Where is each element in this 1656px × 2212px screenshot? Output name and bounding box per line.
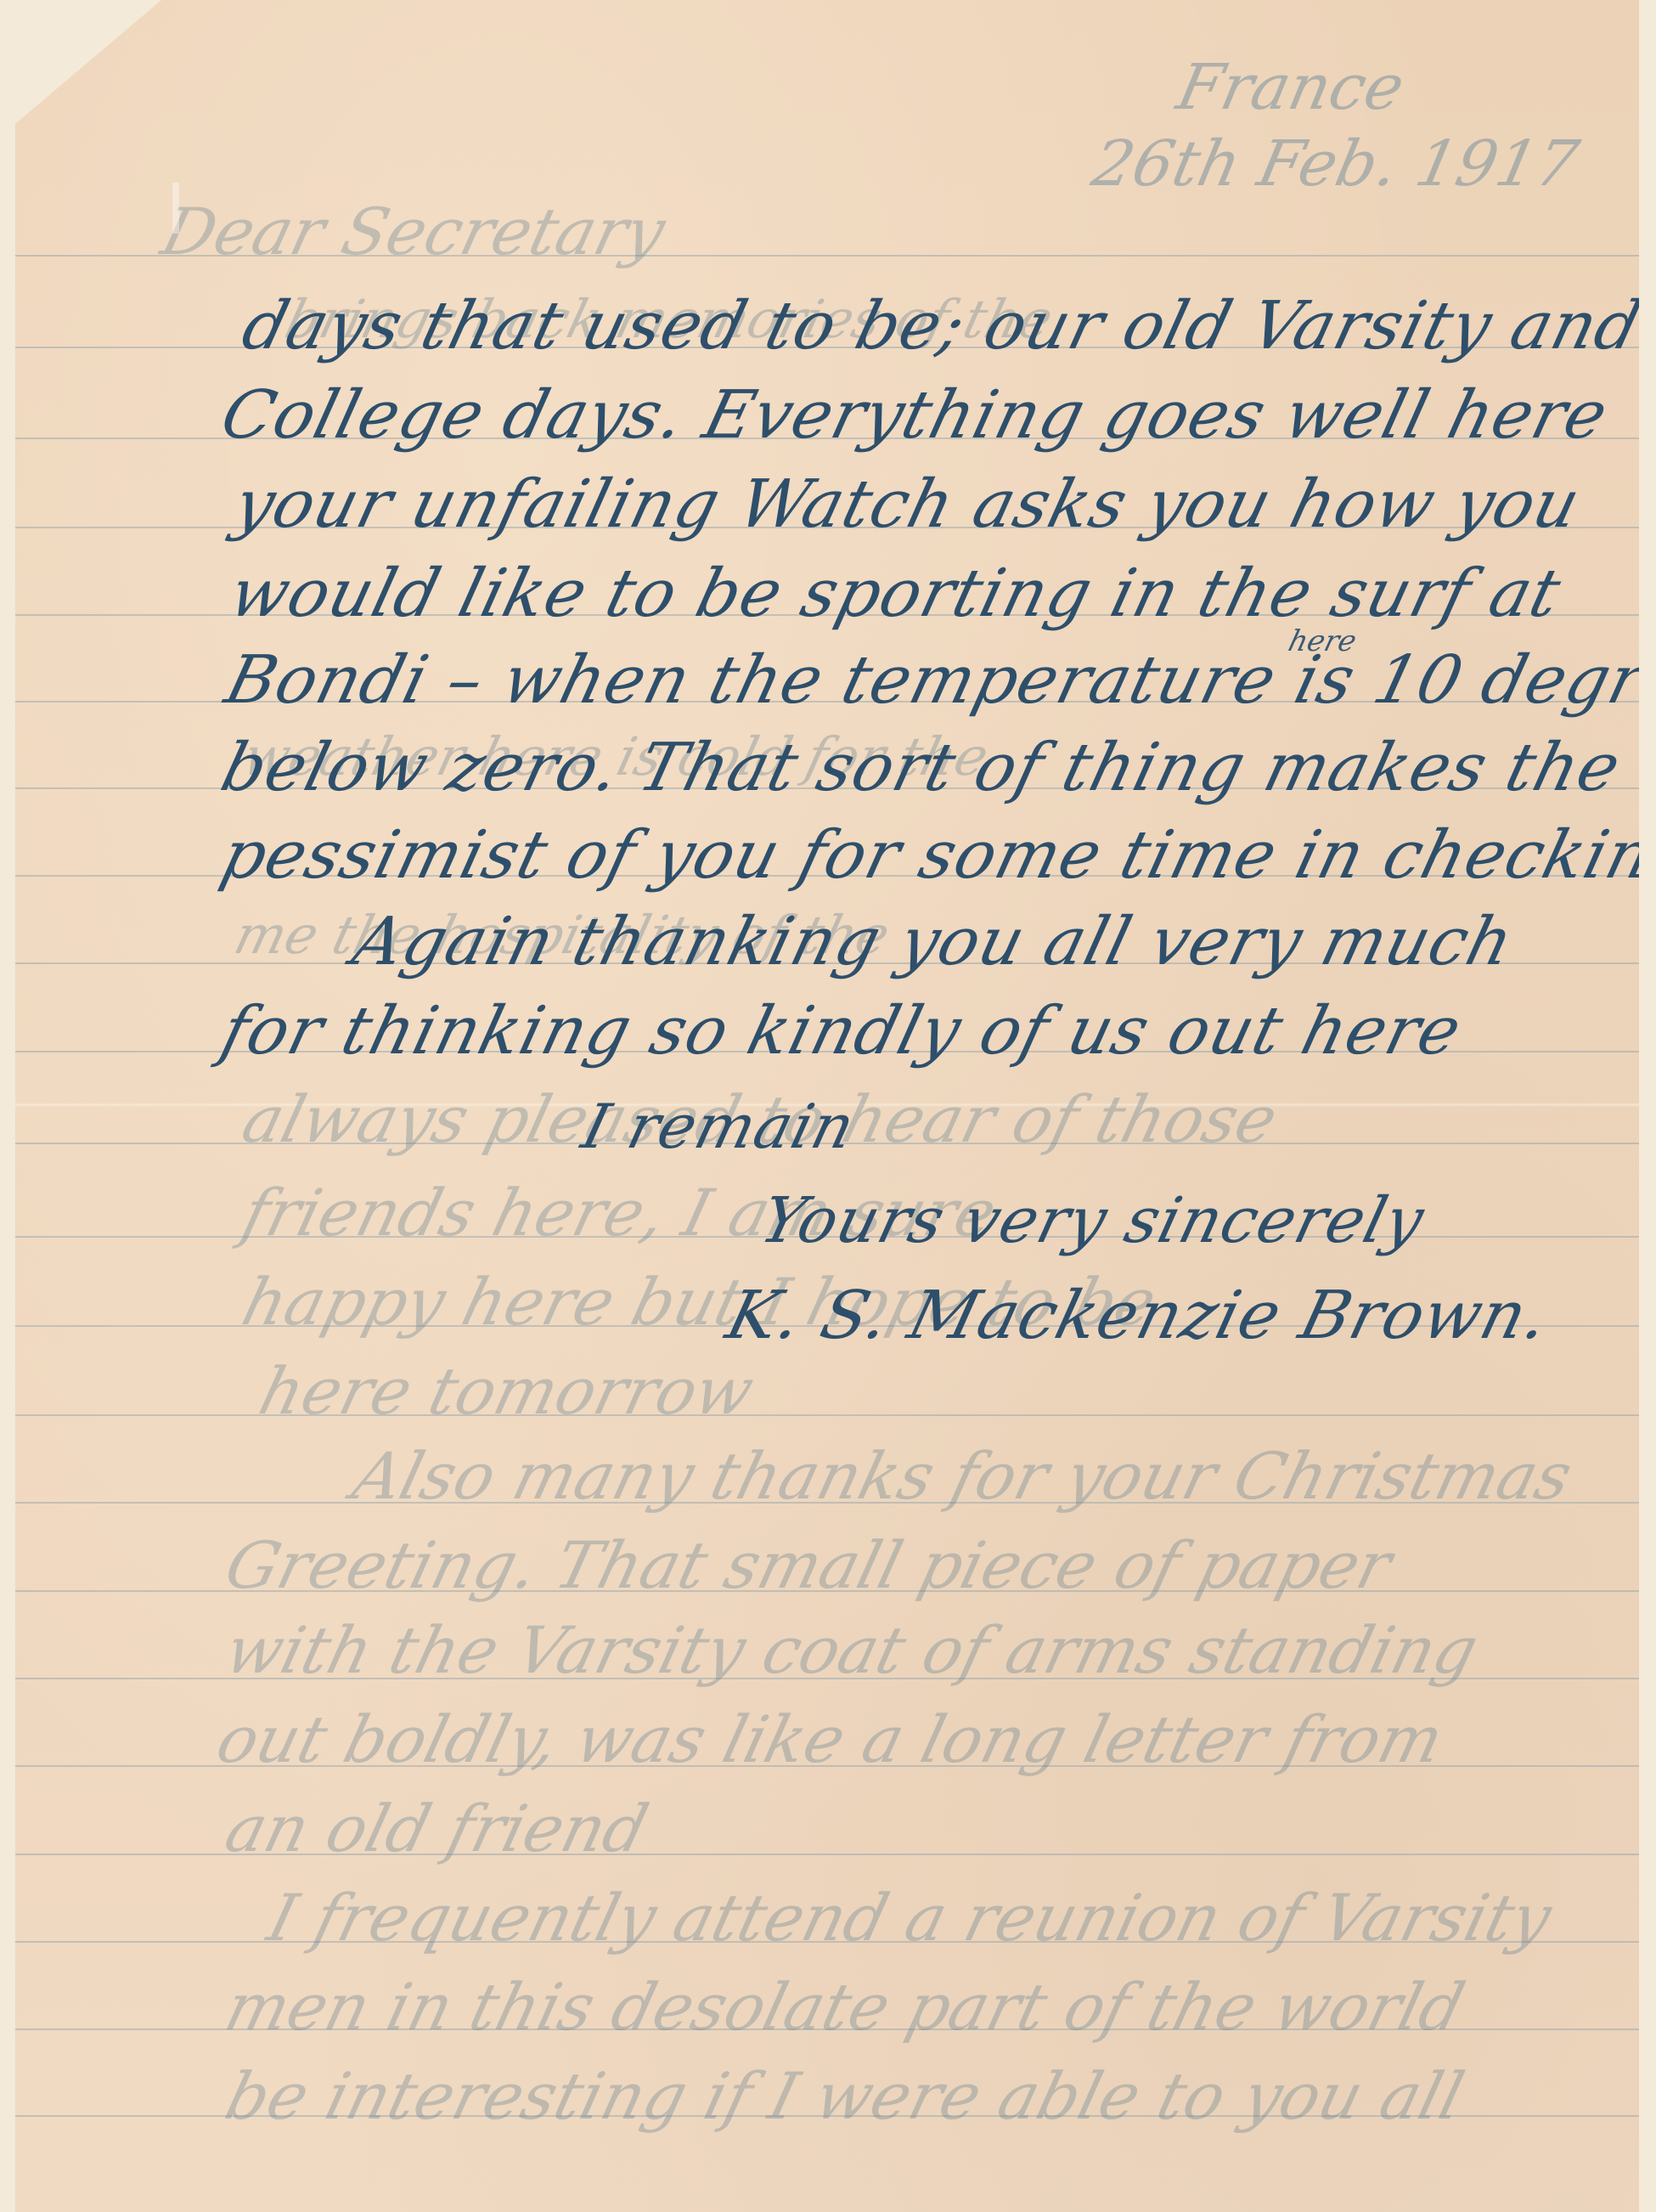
show-through-line: here tomorrow xyxy=(254,1359,760,1424)
body-line: for thinking so kindly of us out here xyxy=(215,998,1467,1064)
body-line: Again thanking you all very much xyxy=(346,909,1519,975)
closing-valediction: Yours very sincerely xyxy=(755,1189,1430,1252)
body-line: below zero. That sort of thing makes the xyxy=(215,735,1627,801)
show-through-line: be interesting if I were able to you all xyxy=(220,2064,1470,2129)
body-line: would like to be sporting in the surf at xyxy=(223,561,1567,627)
inserted-word: here xyxy=(1285,624,1360,658)
body-line: pessimist of you for some time in checki… xyxy=(215,822,1656,889)
body-line: Bondi – when the temperature is 10 degre… xyxy=(219,647,1656,714)
letter-sheet: France 26th Feb. 1917 Dear Secretary bri… xyxy=(15,0,1639,2212)
header-place: France xyxy=(1171,51,1411,124)
body-line: College days. Everything goes well here xyxy=(215,382,1614,449)
show-through-line: an old friend xyxy=(220,1797,655,1861)
signature: K. S. Mackenzie Brown. xyxy=(720,1283,1556,1349)
salutation: Dear Secretary xyxy=(156,200,672,264)
show-through-line: with the Varsity coat of arms standing xyxy=(220,1618,1484,1683)
body-line: your unfailing Watch asks you how you xyxy=(228,471,1586,538)
show-through-line: Greeting. That small piece of paper xyxy=(220,1533,1398,1598)
body-line: days that used to be; our old Varsity an… xyxy=(236,293,1648,359)
show-through-line: out boldly, was like a long letter from xyxy=(211,1707,1450,1772)
show-through-line: I frequently attend a reunion of Varsity xyxy=(262,1886,1557,1950)
paper-tear xyxy=(172,183,179,234)
closing-remain: I remain xyxy=(577,1096,861,1157)
show-through-line: men in this desolate part of the world xyxy=(220,1975,1471,2040)
show-through-line: Also many thanks for your Christmas xyxy=(347,1444,1579,1509)
header-date: 26th Feb. 1917 xyxy=(1086,127,1585,200)
